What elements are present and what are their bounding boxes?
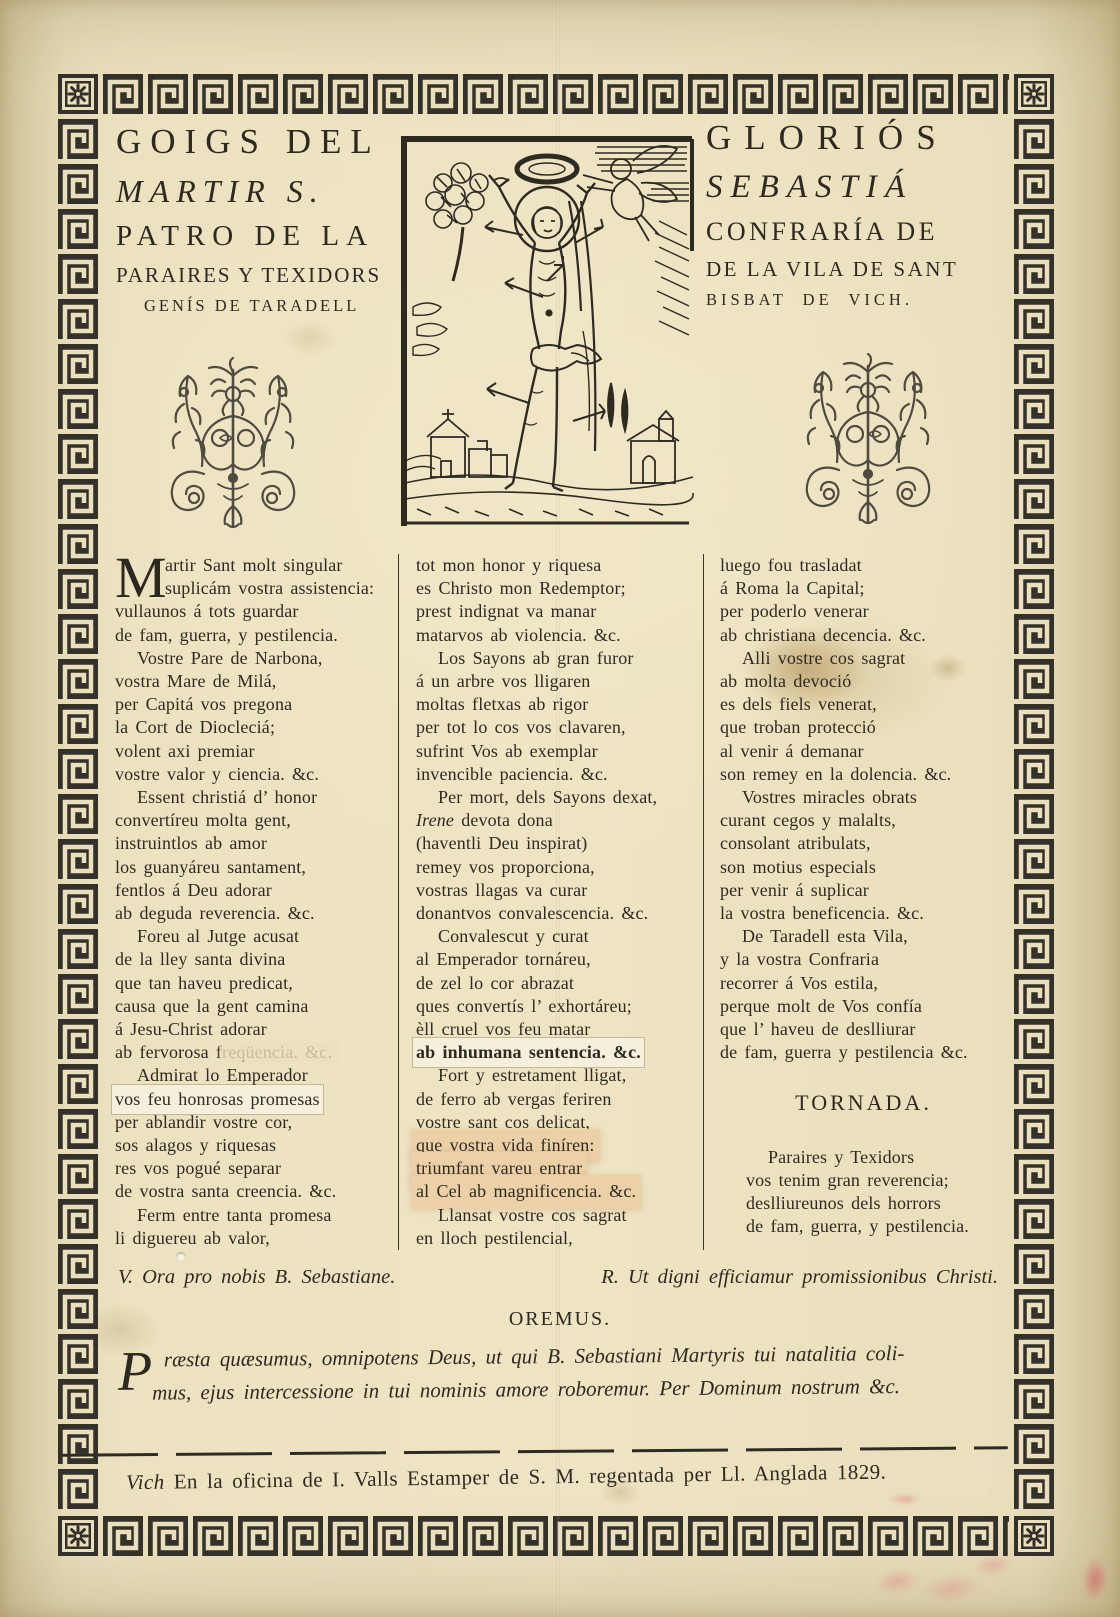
verse-line: á Jesu-Christ adorar bbox=[115, 1018, 398, 1041]
verse-line: de ferro ab vergas feriren bbox=[416, 1088, 703, 1111]
verse-line: ab inhumana sentencia. &c. bbox=[416, 1041, 641, 1064]
corner-rosette-icon bbox=[1014, 1516, 1054, 1556]
verse-line: matarvos ab violencia. &c. bbox=[416, 624, 703, 647]
imprint-line: Vich En la oficina de I. Valls Estamper … bbox=[126, 1458, 1016, 1495]
verse-line: donantvos convalescencia. &c. bbox=[416, 902, 703, 925]
verse-line: la Cort de Diocleciá; bbox=[115, 716, 398, 739]
woodcut-st-sebastian bbox=[397, 131, 699, 531]
verse-line: que tan haveu predicat, bbox=[115, 972, 398, 995]
title-line: GOIGS DEL bbox=[116, 122, 396, 162]
broadside-sheet: GOIGS DEL MARTIR S. PATRO DE LA PARAIRES… bbox=[0, 0, 1120, 1617]
stanza: tot mon honor y riquesaes Christo mon Re… bbox=[416, 554, 703, 647]
verse-line: triumfant vareu entrar bbox=[416, 1157, 582, 1180]
verse-line: son motius especials bbox=[720, 856, 1007, 879]
verse-line: es Christo mon Redemptor; bbox=[416, 577, 703, 600]
verse-column-3: luego fou trasladatá Roma la Capital;per… bbox=[703, 554, 1007, 1250]
verse-line: invencible paciencia. &c. bbox=[416, 763, 703, 786]
verse-line: res vos pogué separar bbox=[115, 1157, 398, 1180]
verse-line: de zel lo cor abrazat bbox=[416, 972, 703, 995]
title-line: SEBASTIÁ bbox=[706, 169, 1006, 206]
verse-line: per poderlo venerar bbox=[720, 600, 1007, 623]
title-line: PARAIRES Y TEXIDORS bbox=[116, 263, 396, 288]
imprint-text: En la oficina de I. Valls Estamper de S.… bbox=[174, 1460, 887, 1494]
verse-line: al venir á demanar bbox=[720, 740, 1007, 763]
red-stamp bbox=[865, 1542, 1022, 1617]
title-line: GLORIÓS bbox=[706, 118, 1006, 158]
verse-line: que l’ haveu de deslliurar bbox=[720, 1018, 1007, 1041]
title-right-block: GLORIÓS SEBASTIÁ CONFRARÍA DE DE LA VILA… bbox=[706, 118, 1006, 310]
verse-line: Convalescut y curat bbox=[416, 925, 703, 948]
latin-prayer: P ræsta quæsumus, omnipotens Deus, ut qu… bbox=[118, 1336, 1009, 1410]
corner-rosette-icon bbox=[58, 74, 98, 114]
stanza: Vostres miracles obratscurant cegos y ma… bbox=[720, 786, 1007, 925]
verse-line: al Emperador tornáreu, bbox=[416, 948, 703, 971]
verse-line: fentlos á Deu adorar bbox=[115, 879, 398, 902]
verse-line: luego fou trasladat bbox=[720, 554, 1007, 577]
fleuron-ornament-icon bbox=[793, 352, 943, 534]
verse-line: en lloch pestilencial, bbox=[416, 1227, 703, 1250]
versicle-row: V. Ora pro nobis B. Sebastiane. R. Ut di… bbox=[118, 1266, 998, 1289]
verse-line: Alli vostre cos sagrat bbox=[720, 647, 1007, 670]
verse-line: es dels fiels venerat, bbox=[720, 693, 1007, 716]
verse-line: De Taradell esta Vila, bbox=[720, 925, 1007, 948]
stanza: Paraires y Texidorsvos tenim gran revere… bbox=[720, 1146, 1007, 1239]
verse-line: recorrer á Vos estila, bbox=[720, 972, 1007, 995]
verse-line: al Cel ab magnificencia. &c. bbox=[416, 1180, 636, 1203]
verse-column-1: Martir Sant molt singularsuplicám vostra… bbox=[115, 554, 398, 1250]
fleuron-ornament-icon bbox=[158, 356, 308, 538]
verse-line: prest indignat va manar bbox=[416, 600, 703, 623]
verse-line: sos alagos y riquesas bbox=[115, 1134, 398, 1157]
verse-line: Vostre Pare de Narbona, bbox=[115, 647, 398, 670]
verse-line: que vostra vida finíren: bbox=[416, 1134, 595, 1157]
red-stamp bbox=[1075, 1546, 1115, 1611]
verse-line: (haventli Deu inspirat) bbox=[416, 832, 703, 855]
verse-line: de fam, guerra y pestilencia &c. bbox=[720, 1041, 1007, 1064]
imprint-place: Vich bbox=[126, 1470, 165, 1495]
verse-line: vos feu honrosas promesas bbox=[115, 1088, 320, 1111]
stanza: Martir Sant molt singularsuplicám vostra… bbox=[115, 554, 398, 647]
paper-hole bbox=[176, 1252, 186, 1261]
verse-line: deslliureunos dels horrors bbox=[746, 1192, 1007, 1215]
verse-line: Paraires y Texidors bbox=[746, 1146, 1007, 1169]
title-line: DE LA VILA DE SANT bbox=[706, 257, 1006, 282]
verse-line: Per mort, dels Sayons dexat, bbox=[416, 786, 703, 809]
verse-line: ques convertís l’ exhortáreu; bbox=[416, 995, 703, 1018]
stanza: Los Sayons ab gran furorá un arbre vos l… bbox=[416, 647, 703, 786]
oremus-heading: OREMUS. bbox=[115, 1308, 1005, 1331]
verse-line: que troban protecció bbox=[720, 716, 1007, 739]
stanza: Ferm entre tanta promesali diguereu ab v… bbox=[115, 1204, 398, 1250]
verse-line: Ferm entre tanta promesa bbox=[115, 1204, 398, 1227]
title-line: PATRO DE LA bbox=[116, 220, 396, 253]
red-stamp bbox=[884, 1492, 926, 1506]
versicle-text: V. Ora pro nobis B. Sebastiane. bbox=[118, 1266, 395, 1289]
response-text: R. Ut digni efficiamur promissionibus Ch… bbox=[601, 1266, 998, 1289]
verse-line: de vostra santa creencia. &c. bbox=[115, 1180, 398, 1203]
verse-line: son remey en la dolencia. &c. bbox=[720, 763, 1007, 786]
verse-line: ab deguda reverencia. &c. bbox=[115, 902, 398, 925]
verse-line: volent axi premiar bbox=[115, 740, 398, 763]
verse-line: ab christiana decencia. &c. bbox=[720, 624, 1007, 647]
stanza: Vostre Pare de Narbona,vostra Mare de Mi… bbox=[115, 647, 398, 786]
verse-line: vostre valor y ciencia. &c. bbox=[115, 763, 398, 786]
verse-line: Foreu al Jutge acusat bbox=[115, 925, 398, 948]
corner-rosette-icon bbox=[1014, 74, 1054, 114]
verse-line: ab fervorosa freqüencia. &c. bbox=[115, 1041, 398, 1064]
verse-line: de la lley santa divina bbox=[115, 948, 398, 971]
verse-line: convertíreu molta gent, bbox=[115, 809, 398, 832]
verse-line: li diguereu ab valor, bbox=[115, 1227, 398, 1250]
verse-column-2: tot mon honor y riquesaes Christo mon Re… bbox=[398, 554, 703, 1250]
verse-line: per Capitá vos pregona bbox=[115, 693, 398, 716]
verse-line: vostra Mare de Milá, bbox=[115, 670, 398, 693]
verse-line: instruintlos ab amor bbox=[115, 832, 398, 855]
verse-line: ab molta devoció bbox=[720, 670, 1007, 693]
verse-line: Llansat vostre cos sagrat bbox=[416, 1204, 703, 1227]
prayer-dropcap: P bbox=[118, 1347, 153, 1397]
verse-line: Los Sayons ab gran furor bbox=[416, 647, 703, 670]
verse-line: de fam, guerra, y pestilencia. bbox=[115, 624, 398, 647]
stanza: Alli vostre cos sagratab molta devocióes… bbox=[720, 647, 1007, 786]
verse-line: vos tenim gran reverencia; bbox=[746, 1169, 1007, 1192]
prayer-line: mus, ejus intercessione in tui nominis a… bbox=[118, 1369, 1008, 1410]
verse-line: per tot lo cos vos clavaren, bbox=[416, 716, 703, 739]
tornada-heading: TORNADA. bbox=[720, 1091, 1007, 1114]
verse-line: perque molt de Vos confía bbox=[720, 995, 1007, 1018]
verse-line: los guanyáreu santament, bbox=[115, 856, 398, 879]
verse-line: Admirat lo Emperador bbox=[115, 1064, 398, 1087]
verse-line: remey vos proporciona, bbox=[416, 856, 703, 879]
stanza: Llansat vostre cos sagraten lloch pestil… bbox=[416, 1204, 703, 1250]
verse-line: Fort y estretament lligat, bbox=[416, 1064, 703, 1087]
verse-line: curant cegos y malalts, bbox=[720, 809, 1007, 832]
stanza: De Taradell esta Vila,y la vostra Confra… bbox=[720, 925, 1007, 1064]
stanza: Foreu al Jutge acusatde la lley santa di… bbox=[115, 925, 398, 1064]
title-line: CONFRARÍA DE bbox=[706, 217, 1006, 247]
verse-line: Irene devota dona bbox=[416, 809, 703, 832]
verse-line: moltas fletxas ab rigor bbox=[416, 693, 703, 716]
dashed-rule bbox=[62, 1446, 1008, 1456]
verse-line: per venir á suplicar bbox=[720, 879, 1007, 902]
verse-line: vostras llagas va curar bbox=[416, 879, 703, 902]
verse-line: tot mon honor y riquesa bbox=[416, 554, 703, 577]
verse-line: Vostres miracles obrats bbox=[720, 786, 1007, 809]
verse-line: causa que la gent camina bbox=[115, 995, 398, 1018]
stanza: Essent christiá d’ honorconvertíreu molt… bbox=[115, 786, 398, 925]
verse-line: èll cruel vos feu matar bbox=[416, 1018, 703, 1041]
stanza: Fort y estretament lligat,de ferro ab ve… bbox=[416, 1064, 703, 1203]
verse-columns: Martir Sant molt singularsuplicám vostra… bbox=[115, 554, 1007, 1250]
title-line: BISBAT DE VICH. bbox=[706, 290, 1006, 310]
verse-line: de fam, guerra, y pestilencia. bbox=[746, 1215, 1007, 1238]
title-left-block: GOIGS DEL MARTIR S. PATRO DE LA PARAIRES… bbox=[116, 122, 396, 316]
stanza: Per mort, dels Sayons dexat,Irene devota… bbox=[416, 786, 703, 925]
stanza: luego fou trasladatá Roma la Capital;per… bbox=[720, 554, 1007, 647]
corner-rosette-icon bbox=[58, 1516, 98, 1556]
title-line: GENÍS DE TARADELL bbox=[116, 296, 396, 316]
verse-line: á Roma la Capital; bbox=[720, 577, 1007, 600]
title-line: MARTIR S. bbox=[116, 173, 396, 210]
stanza: Convalescut y curatal Emperador tornáreu… bbox=[416, 925, 703, 1064]
verse-line: per ablandir vostre cor, bbox=[115, 1111, 398, 1134]
verse-dropcap: M bbox=[115, 554, 167, 602]
verse-line: consolant atribulats, bbox=[720, 832, 1007, 855]
verse-line: y la vostra Confraria bbox=[720, 948, 1007, 971]
verse-line: Essent christiá d’ honor bbox=[115, 786, 398, 809]
stanza: Admirat lo Emperadorvos feu honrosas pro… bbox=[115, 1064, 398, 1203]
verse-line: vostre sant cos delicat, bbox=[416, 1111, 703, 1134]
verse-line: á un arbre vos lligaren bbox=[416, 670, 703, 693]
verse-line: la vostra beneficencia. &c. bbox=[720, 902, 1007, 925]
verse-line: sufrint Vos ab exemplar bbox=[416, 740, 703, 763]
